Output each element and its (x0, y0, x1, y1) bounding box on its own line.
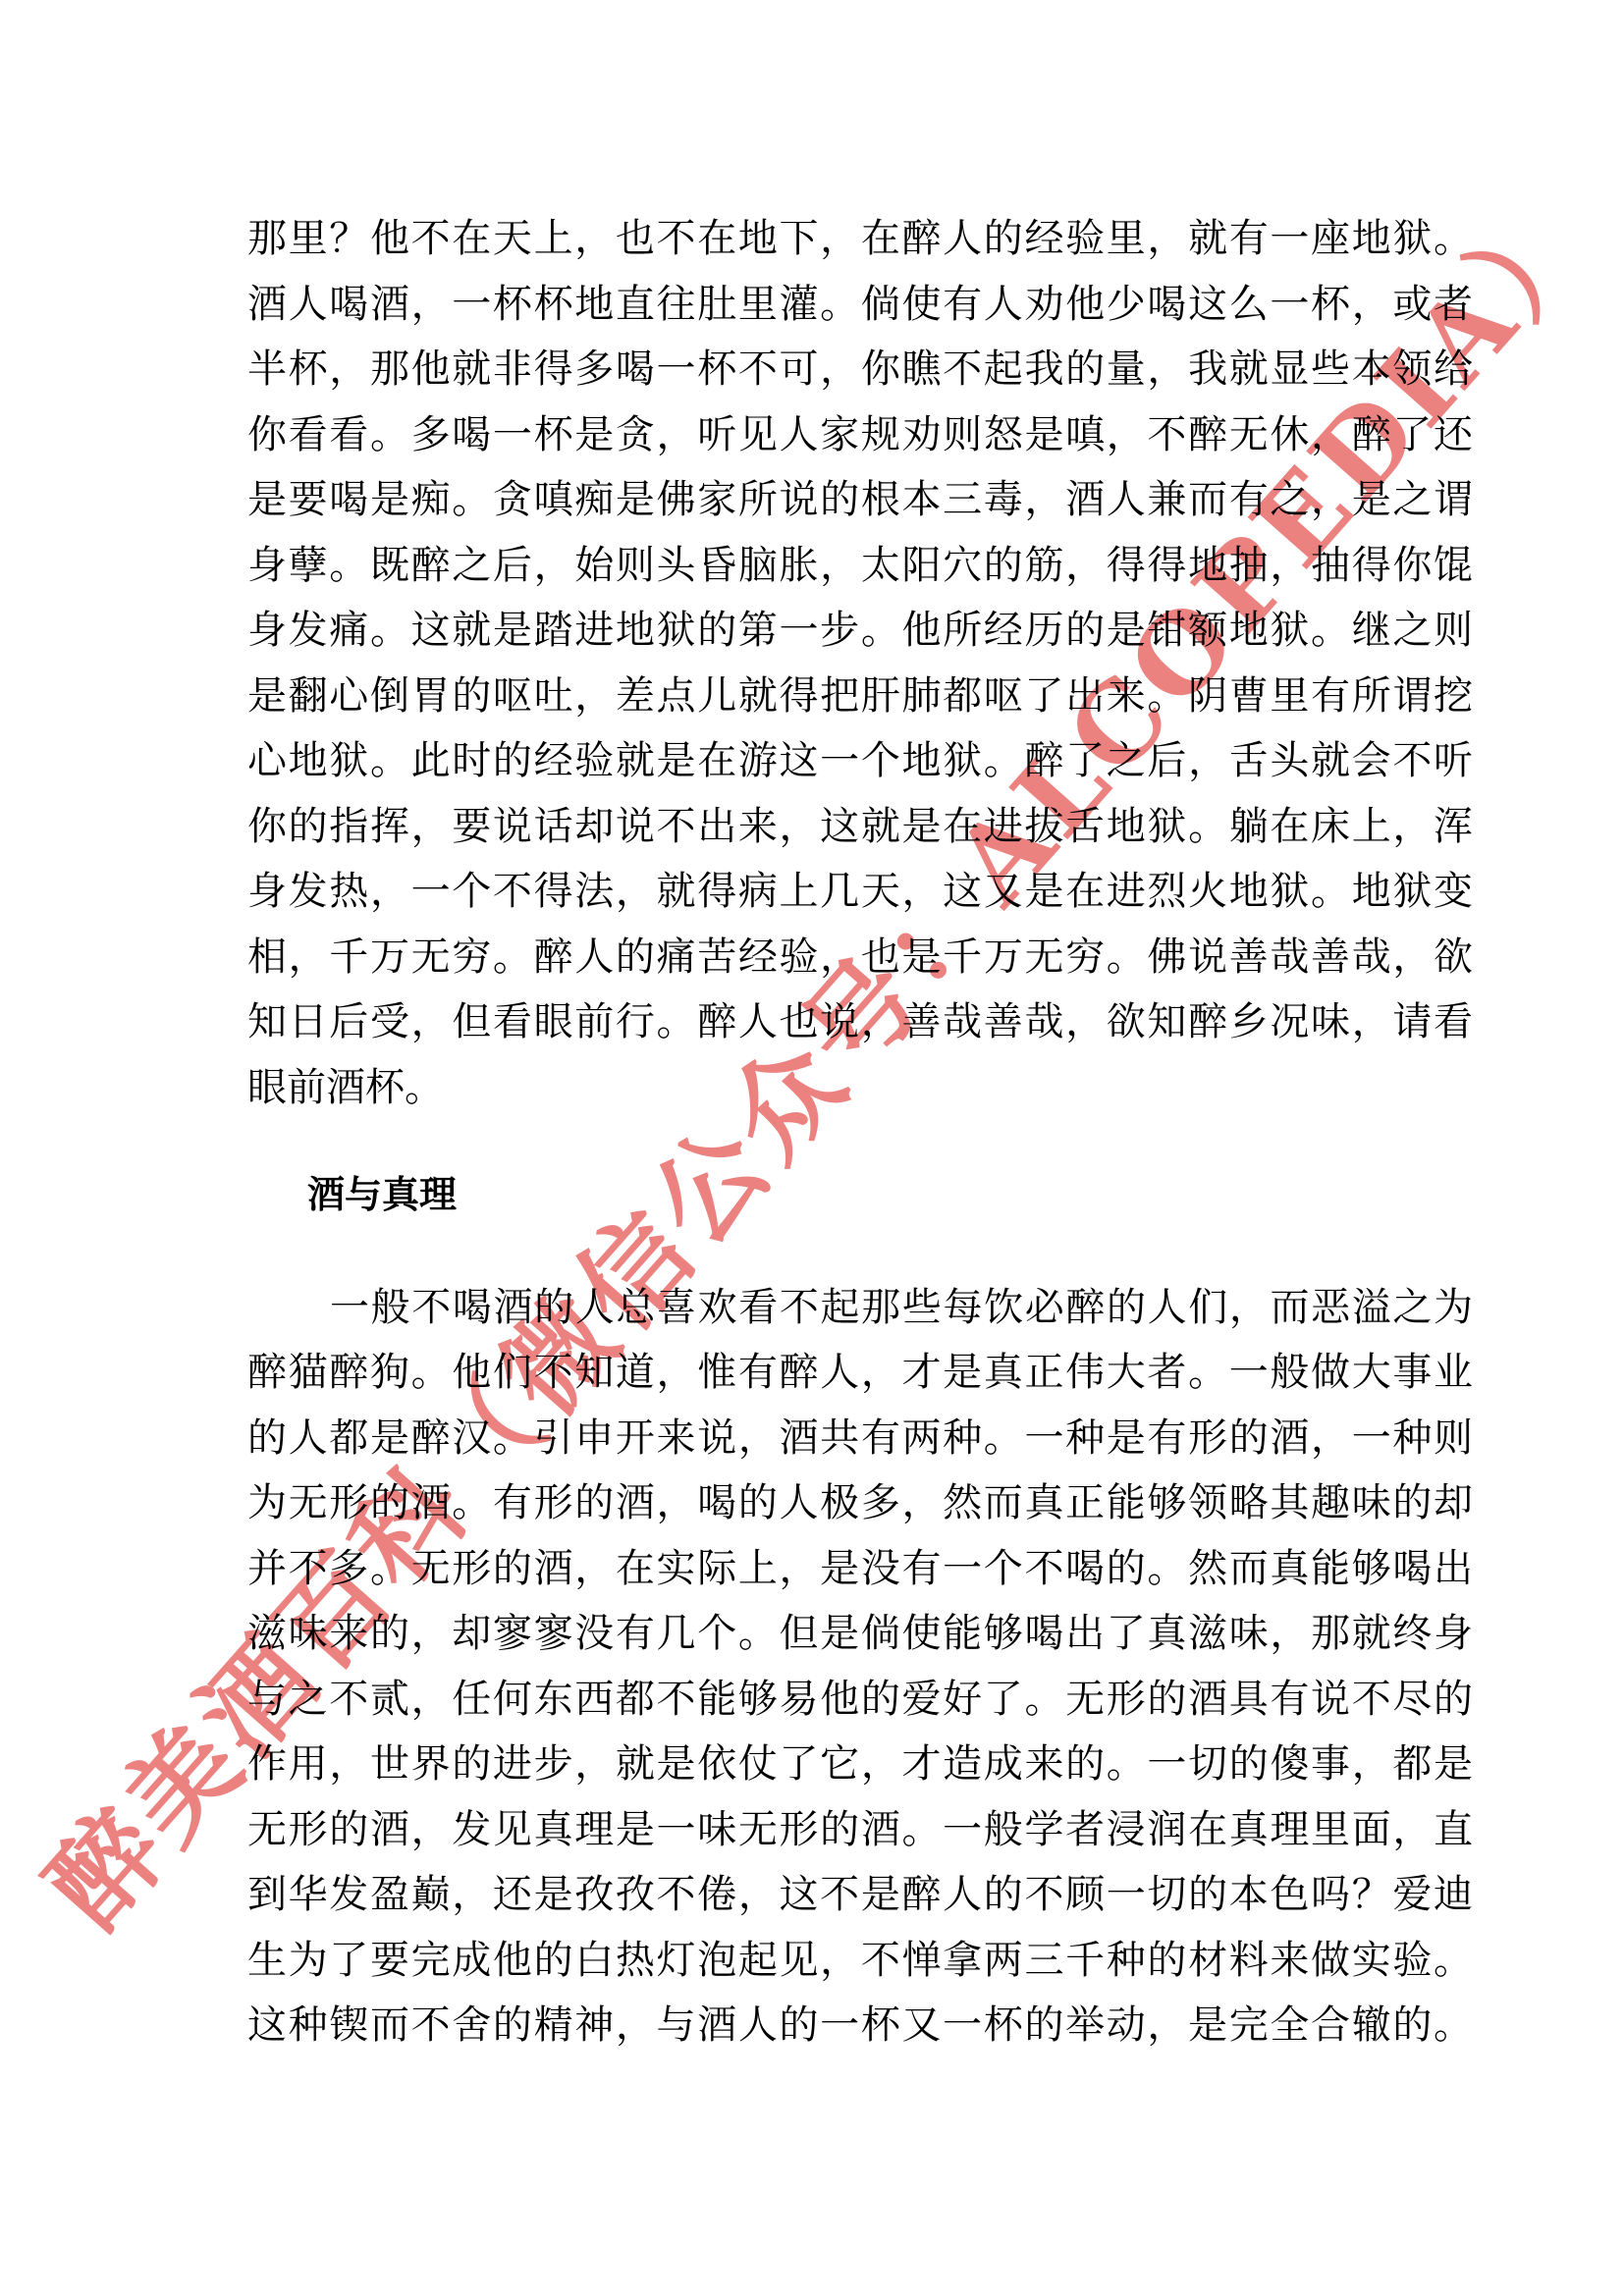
text-line: 眼前酒杯。 (247, 1055, 1473, 1121)
text-line: 相，千万无穷。醉人的痛苦经验，也是千万无穷。佛说善哉善哉，欲 (247, 925, 1473, 990)
text-line: 并不多。无形的酒，在实际上，是没有一个不喝的。然而真能够喝出 (247, 1536, 1473, 1602)
text-line: 这种锲而不舍的精神，与酒人的一杯又一杯的举动，是完全合辙的。 (247, 1993, 1473, 2058)
paragraph-1: 那里？他不在天上，也不在地下，在醉人的经验里，就有一座地狱。 酒人喝酒，一杯杯地… (247, 206, 1473, 1120)
text-line: 心地狱。此时的经验就是在游这一个地狱。醉了之后，舌头就会不听 (247, 728, 1473, 794)
text-line: 醉猫醉狗。他们不知道，惟有醉人，才是真正伟大者。一般做大事业 (247, 1340, 1473, 1406)
text-line: 生为了要完成他的白热灯泡起见，不惮拿两三千种的材料来做实验。 (247, 1928, 1473, 1994)
text-line: 你看看。多喝一杯是贪，听见人家规劝则怒是嗔，不醉无休，醉了还 (247, 402, 1473, 468)
text-line: 为无形的酒。有形的酒，喝的人极多，然而真正能够领略其趣味的却 (247, 1470, 1473, 1536)
text-line: 的人都是醉汉。引申开来说，酒共有两种。一种是有形的酒，一种则 (247, 1406, 1473, 1471)
text-line: 身发痛。这就是踏进地狱的第一步。他所经历的是钳额地狱。继之则 (247, 598, 1473, 664)
section-heading: 酒与真理 (307, 1162, 1473, 1228)
text-line: 是要喝是痴。贪嗔痴是佛家所说的根本三毒，酒人兼而有之，是之谓 (247, 467, 1473, 533)
text-line: 那里？他不在天上，也不在地下，在醉人的经验里，就有一座地狱。 (247, 206, 1473, 272)
document-body: 那里？他不在天上，也不在地下，在醉人的经验里，就有一座地狱。 酒人喝酒，一杯杯地… (247, 206, 1473, 2058)
text-line: 身孽。既醉之后，始则头昏脑胀，太阳穴的筋，得得地抽，抽得你馄 (247, 533, 1473, 599)
text-line: 作用，世界的进步，就是依仗了它，才造成来的。一切的傻事，都是 (247, 1732, 1473, 1797)
paragraph-2: 一般不喝酒的人总喜欢看不起那些每饮必醉的人们，而恶溢之为 醉猫醉狗。他们不知道，… (247, 1275, 1473, 2058)
text-line: 身发热，一个不得法，就得病上几天，这又是在进烈火地狱。地狱变 (247, 859, 1473, 925)
text-line: 无形的酒，发见真理是一味无形的酒。一般学者浸润在真理里面，直 (247, 1797, 1473, 1863)
text-line: 一般不喝酒的人总喜欢看不起那些每饮必醉的人们，而恶溢之为 (247, 1275, 1473, 1341)
text-line: 你的指挥，要说话却说不出来，这就是在进拔舌地狱。躺在床上，浑 (247, 794, 1473, 860)
text-line: 与之不贰，任何东西都不能够易他的爱好了。无形的酒具有说不尽的 (247, 1667, 1473, 1733)
text-line: 到华发盈巅，还是孜孜不倦，这不是醉人的不顾一切的本色吗？爱迪 (247, 1862, 1473, 1928)
text-line: 滋味来的，却寥寥没有几个。但是倘使能够喝出了真滋味，那就终身 (247, 1601, 1473, 1667)
text-line: 知日后受，但看眼前行。醉人也说，善哉善哉，欲知醉乡况味，请看 (247, 989, 1473, 1055)
text-line: 酒人喝酒，一杯杯地直往肚里灌。倘使有人劝他少喝这么一杯，或者 (247, 272, 1473, 338)
text-line: 是翻心倒胃的呕吐，差点儿就得把肝肺都呕了出来。阴曹里有所谓挖 (247, 664, 1473, 729)
document-page: 醉美酒百科（微信公众号：ALCOPEDIA） 那里？他不在天上，也不在地下，在醉… (0, 0, 1624, 2296)
text-line: 半杯，那他就非得多喝一杯不可，你瞧不起我的量，我就显些本领给 (247, 337, 1473, 402)
